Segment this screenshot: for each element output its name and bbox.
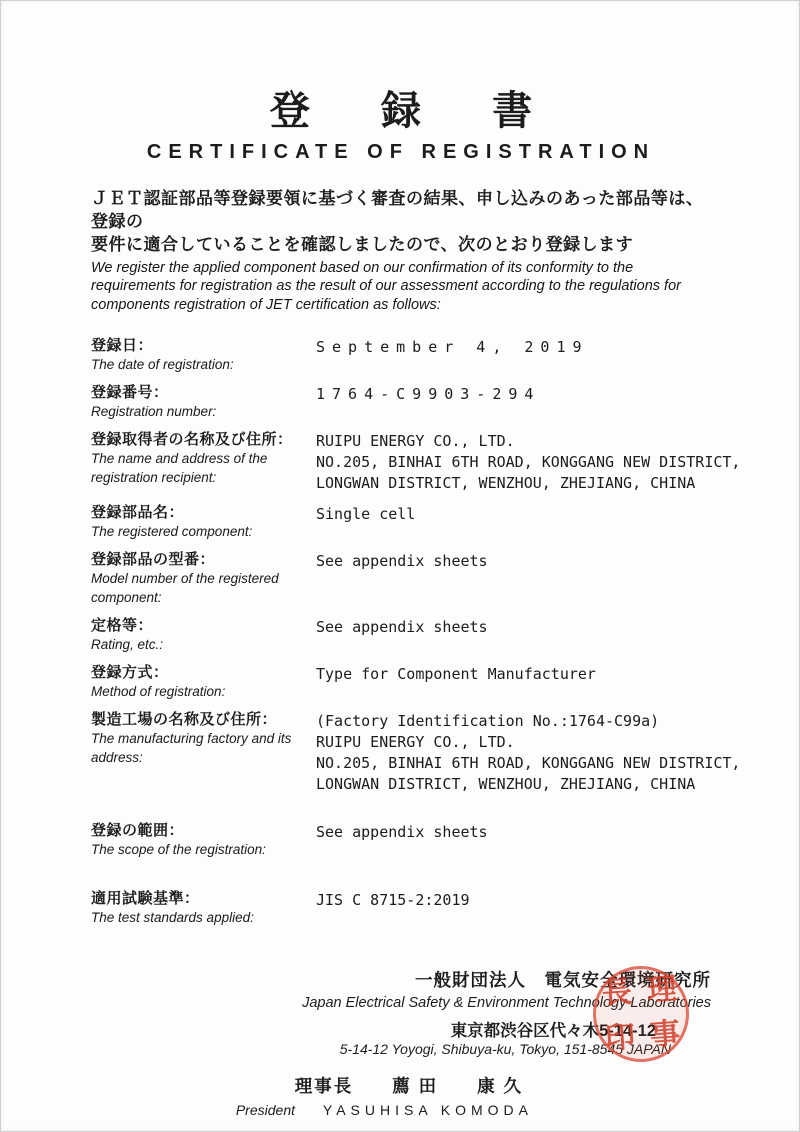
president-name-romanized: YASUHISA KOMODA <box>323 1102 533 1118</box>
field-value: RUIPU ENERGY CO., LTD. NO.205, BINHAI 6T… <box>316 430 740 494</box>
field-label-en: Rating, etc.: <box>91 635 316 654</box>
field-value: (Factory Identification No.:1764-C99a) R… <box>316 710 740 795</box>
field-value: Type for Component Manufacturer <box>316 663 711 701</box>
field-value-line: See appendix sheets <box>316 822 711 843</box>
field-label: 登録番号： Registration number: <box>91 383 316 421</box>
field-value-line: LONGWAN DISTRICT, WENZHOU, ZHEJIANG, CHI… <box>316 774 740 795</box>
field-value: See appendix sheets <box>316 821 711 859</box>
field-label-en: The test standards applied: <box>91 908 316 927</box>
field-label: 登録部品の型番： Model number of the registered … <box>91 550 316 607</box>
field-value-line: LONGWAN DISTRICT, WENZHOU, ZHEJIANG, CHI… <box>316 473 740 494</box>
field-row-registration-number: 登録番号： Registration number: 1764-C9903-29… <box>91 383 711 421</box>
field-label-en: The date of registration: <box>91 355 316 374</box>
field-value: See appendix sheets <box>316 616 711 654</box>
field-value-line: NO.205, BINHAI 6TH ROAD, KONGGANG NEW DI… <box>316 753 740 774</box>
certificate-page: 登 録 書 CERTIFICATE OF REGISTRATION ＪＥＴ認証部… <box>0 0 800 1132</box>
field-row-test-standards: 適用試験基準： The test standards applied: JIS … <box>91 889 711 927</box>
seal-character: 理 <box>646 974 678 1006</box>
president-name-english: President YASUHISA KOMODA <box>91 1102 711 1118</box>
field-value-line: See appendix sheets <box>316 551 711 572</box>
field-label-ja: 登録日： <box>91 336 316 355</box>
seal-character: 事 <box>649 1019 681 1051</box>
field-row-recipient-name-address: 登録取得者の名称及び住所： The name and address of th… <box>91 430 711 494</box>
field-row-model-number: 登録部品の型番： Model number of the registered … <box>91 550 711 607</box>
field-row-manufacturing-factory: 製造工場の名称及び住所： The manufacturing factory a… <box>91 710 711 795</box>
field-value-line: RUIPU ENERGY CO., LTD. <box>316 732 740 753</box>
field-label-ja: 登録番号： <box>91 383 316 402</box>
certificate-title-japanese: 登 録 書 <box>121 89 711 133</box>
field-label-ja: 登録部品名： <box>91 503 316 522</box>
field-label-ja: 登録部品の型番： <box>91 550 316 569</box>
field-label: 登録方式： Method of registration: <box>91 663 316 701</box>
field-label-en: Method of registration: <box>91 682 316 701</box>
field-label-en: Registration number: <box>91 402 316 421</box>
field-label-ja: 適用試験基準： <box>91 889 316 908</box>
field-value-line: 1764-C9903-294 <box>316 384 711 405</box>
field-value: See appendix sheets <box>316 550 711 607</box>
field-label-ja: 登録の範囲： <box>91 821 316 840</box>
field-label: 登録部品名： The registered component: <box>91 503 316 541</box>
field-label: 製造工場の名称及び住所： The manufacturing factory a… <box>91 710 316 795</box>
fields-section: 登録日： The date of registration: September… <box>91 336 711 927</box>
field-value-line: Type for Component Manufacturer <box>316 664 711 685</box>
field-value-line: JIS C 8715-2:2019 <box>316 890 711 911</box>
seal-character: 長 <box>601 977 633 1009</box>
field-value-line: See appendix sheets <box>316 617 711 638</box>
certificate-content: 登 録 書 CERTIFICATE OF REGISTRATION ＪＥＴ認証部… <box>1 1 799 1118</box>
intro-japanese-line2: 要件に適合していることを確認しましたので、次のとおり登録します <box>91 234 711 257</box>
president-name-japanese: 理事長 薦 田 康 久 <box>91 1073 711 1098</box>
field-label-ja: 登録取得者の名称及び住所： <box>91 430 316 449</box>
field-row-registered-component: 登録部品名： The registered component: Single … <box>91 503 711 541</box>
field-label: 適用試験基準： The test standards applied: <box>91 889 316 927</box>
field-label-ja: 定格等： <box>91 616 316 635</box>
field-value: JIS C 8715-2:2019 <box>316 889 711 927</box>
field-value-line: (Factory Identification No.:1764-C99a) <box>316 711 740 732</box>
field-value: Single cell <box>316 503 711 541</box>
field-value-line: NO.205, BINHAI 6TH ROAD, KONGGANG NEW DI… <box>316 452 740 473</box>
field-label-en: Model number of the registered component… <box>91 569 316 607</box>
field-label-en: The registered component: <box>91 522 316 541</box>
field-label: 定格等： Rating, etc.: <box>91 616 316 654</box>
field-value: September 4, 2019 <box>316 336 711 374</box>
field-label-en: The scope of the registration: <box>91 840 316 859</box>
field-value-line: Single cell <box>316 504 711 525</box>
field-label-ja: 製造工場の名称及び住所： <box>91 710 316 729</box>
intro-paragraph: ＪＥＴ認証部品等登録要領に基づく審査の結果、申し込みのあった部品等は、登録の 要… <box>91 188 711 314</box>
field-label-ja: 登録方式： <box>91 663 316 682</box>
field-row-registration-date: 登録日： The date of registration: September… <box>91 336 711 374</box>
seal-character: 印 <box>604 1022 636 1054</box>
field-label: 登録日： The date of registration: <box>91 336 316 374</box>
field-label: 登録の範囲： The scope of the registration: <box>91 821 316 859</box>
field-label-en: The name and address of the registration… <box>91 449 316 487</box>
intro-japanese-line1: ＪＥＴ認証部品等登録要領に基づく審査の結果、申し込みのあった部品等は、登録の <box>91 188 711 234</box>
field-value: 1764-C9903-294 <box>316 383 711 421</box>
field-label: 登録取得者の名称及び住所： The name and address of th… <box>91 430 316 494</box>
field-value-line: RUIPU ENERGY CO., LTD. <box>316 431 740 452</box>
field-value-line: September 4, 2019 <box>316 337 711 358</box>
field-label-en: The manufacturing factory and its addres… <box>91 729 316 767</box>
intro-english: We register the applied component based … <box>91 259 711 315</box>
field-row-rating: 定格等： Rating, etc.: See appendix sheets <box>91 616 711 654</box>
field-row-scope: 登録の範囲： The scope of the registration: Se… <box>91 821 711 859</box>
president-title-label: President <box>236 1102 295 1118</box>
certificate-title-english: CERTIFICATE OF REGISTRATION <box>91 141 711 164</box>
field-row-registration-method: 登録方式： Method of registration: Type for C… <box>91 663 711 701</box>
